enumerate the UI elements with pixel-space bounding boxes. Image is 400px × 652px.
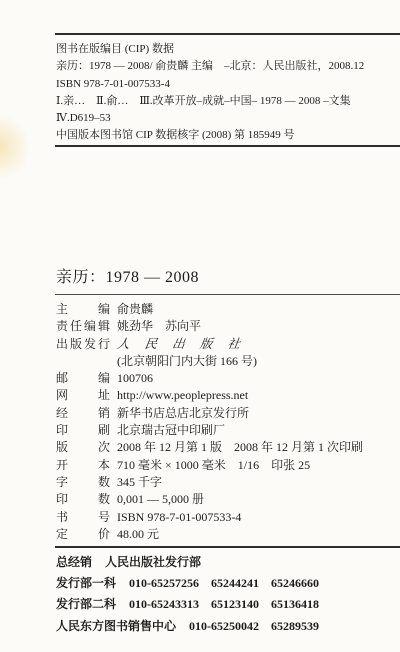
colophon-row: 开本710 毫米 × 1000 毫米 1/16 印张 25 [56,457,363,474]
colophon-row: 印刷北京瑞古冠中印刷厂 [56,422,363,439]
colophon-row: 字数345 千字 [56,474,363,491]
row-value: 俞贵麟 [117,302,153,316]
distribution-row: 发行部二科010-65243313 65123140 65136418 [56,594,319,615]
row-label: 主编 [56,301,110,318]
row-value: 0,001 — 5,000 册 [117,492,204,506]
colophon-rows: 主编俞贵麟责任编辑姚劲华 苏向平出版发行人 民 出 版 社(北京朝阳门内大街 1… [56,301,363,543]
row-value: 345 千字 [117,475,162,489]
colophon-row: 网址http://www.peoplepress.net [56,387,363,404]
cip-line: ISBN 978-7-01-007533-4 [56,76,398,93]
row-value: 人 民 出 版 社 [116,336,247,353]
divider-above-distribution [55,546,400,548]
row-label: 邮编 [56,370,110,387]
colophon-row: 出版发行人 民 出 版 社 [56,336,363,353]
row-label: 发行部二科 [56,597,116,611]
colophon-row: 版次2008 年 12 月第 1 版 2008 年 12 月第 1 次印刷 [56,439,363,456]
cip-line: 亲历：1978 — 2008/ 俞贵麟 主编 –北京：人民出版社，2008.12 [56,58,398,75]
row-value: 姚劲华 苏向平 [117,319,201,333]
row-label: 印数 [56,491,110,508]
row-value: 人民出版社发行部 [105,555,201,569]
cip-line: Ⅳ.D619–53 [56,110,398,127]
row-label: 印刷 [56,422,110,439]
row-label: 发行部一科 [56,576,116,590]
colophon-row: 主编俞贵麟 [56,301,363,318]
distribution-row: 发行部一科010-65257256 65244241 65246660 [56,573,319,594]
row-label: 人民东方图书销售中心 [56,619,176,633]
divider-under-title [55,294,400,295]
distribution-row: 人民东方图书销售中心010-65250042 65289539 [56,616,319,637]
row-label: 网址 [56,387,110,404]
colophon-row: 书号ISBN 978-7-01-007533-4 [56,509,363,526]
row-label: 字数 [56,474,110,491]
distribution-row: 总经销人民出版社发行部 [56,552,319,573]
row-value: 新华书店总店北京发行所 [117,406,249,420]
row-value: 010-65250042 65289539 [189,619,319,633]
divider-under-cip [55,145,400,147]
row-value: 48.00 元 [117,527,159,541]
row-value: 710 毫米 × 1000 毫米 1/16 印张 25 [117,458,310,472]
row-label: 书号 [56,509,110,526]
row-value: 100706 [117,371,153,385]
colophon-row: 定价48.00 元 [56,526,363,543]
row-label: 责任编辑 [56,318,110,335]
cip-block: 图书在版编目 (CIP) 数据亲历：1978 — 2008/ 俞贵麟 主编 –北… [56,41,398,145]
cip-line: 中国版本图书馆 CIP 数据核字 (2008) 第 185949 号 [56,127,398,144]
book-title: 亲历：1978 — 2008 [56,264,199,287]
copyright-page: 图书在版编目 (CIP) 数据亲历：1978 — 2008/ 俞贵麟 主编 –北… [0,0,400,652]
row-value: (北京朝阳门内大街 166 号) [117,354,257,368]
divider-top [55,33,400,35]
cip-line: 图书在版编目 (CIP) 数据 [56,41,398,58]
colophon-row: (北京朝阳门内大街 166 号) [56,353,363,370]
row-label: 版次 [56,439,110,456]
row-label: 定价 [56,526,110,543]
row-label: 总经销 [56,555,92,569]
row-value: 010-65257256 65244241 65246660 [129,576,319,590]
cip-line: Ⅰ.亲… Ⅱ.俞… Ⅲ.改革开放–成就–中国– 1978 — 2008 –文集 [56,93,398,110]
row-value: http://www.peoplepress.net [117,388,248,402]
distribution-rows: 总经销人民出版社发行部发行部一科010-65257256 65244241 65… [56,552,319,637]
row-value: 010-65243313 65123140 65136418 [129,597,319,611]
row-value: 北京瑞古冠中印刷厂 [117,423,225,437]
row-label: 出版发行 [56,336,110,353]
colophon-row: 经销新华书店总店北京发行所 [56,405,363,422]
row-label: 经销 [56,405,110,422]
scan-edge-tint [0,114,30,180]
colophon-row: 责任编辑姚劲华 苏向平 [56,318,363,335]
colophon-row: 印数0,001 — 5,000 册 [56,491,363,508]
colophon-row: 邮编100706 [56,370,363,387]
row-value: 2008 年 12 月第 1 版 2008 年 12 月第 1 次印刷 [117,440,363,454]
row-value: ISBN 978-7-01-007533-4 [117,510,241,524]
row-label: 开本 [56,457,110,474]
